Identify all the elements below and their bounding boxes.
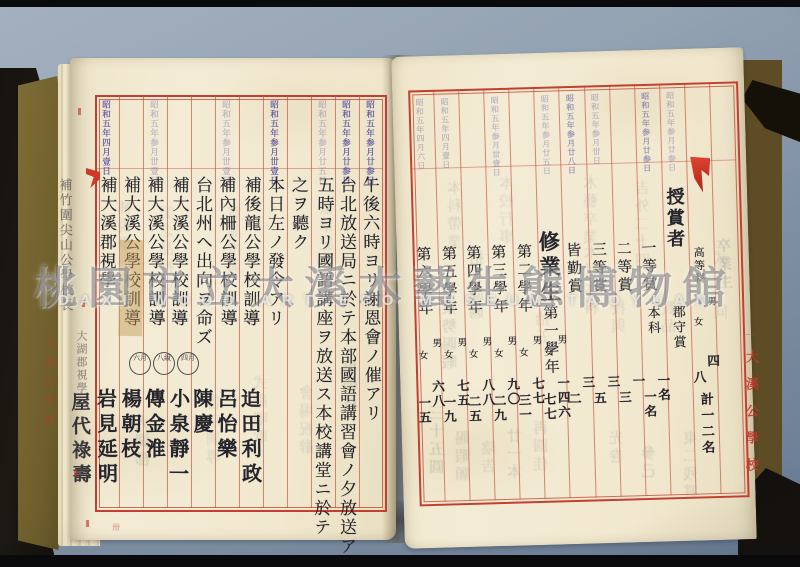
female-label: 女	[692, 316, 702, 326]
ghost-showthrough-text: 賜暇願	[456, 430, 471, 484]
ghost-showthrough-text: 三十五圓	[430, 405, 445, 477]
ghost-showthrough-text: 再圓佳	[534, 420, 549, 474]
date-stamp: 昭和五年参月廿八日	[565, 94, 575, 175]
ghost-showthrough-text: 大湖郡	[136, 415, 151, 469]
ghost-showthrough-text: 木村本科	[585, 245, 600, 317]
ghost-showthrough-text: 吉外二十四	[636, 180, 651, 270]
ghost-showthrough-text: 告示訓導	[207, 395, 222, 467]
ghost-showthrough-text: 東二残賞	[684, 430, 699, 502]
top-letterbox-bar	[0, 0, 800, 7]
ghost-showthrough-text: 木藝卒業	[584, 175, 599, 247]
female-label: 女	[417, 350, 427, 360]
date-stamp: 昭和五年参月廿参日	[640, 92, 650, 173]
date-stamp: 昭和五年参月丗日	[590, 93, 600, 165]
ghost-showthrough-text: 式場一同	[714, 250, 729, 322]
male-count: 八八	[481, 378, 494, 407]
ghost-showthrough-text: 記念品授與	[160, 205, 175, 295]
female-label: 女	[467, 349, 477, 359]
female-label: 女	[517, 347, 527, 357]
date-stamp: 昭和五年四月六日	[415, 98, 425, 170]
left-edge-school-label: 大溪公學校	[42, 338, 52, 433]
sub-label: 高等科	[693, 246, 705, 285]
male-label: 男	[506, 336, 516, 346]
ghost-showthrough-text: 光巻	[610, 430, 625, 466]
ghost-showthrough-text: 授與	[612, 300, 627, 336]
right-edge-school-label: 大溪公學校	[744, 350, 757, 485]
photo-of-open-journal: 昭和五年参月廿参日午後六時ヨリ謝恩會ノ催アリ昭和五年参月廿参日台北放送局ニ於テ本…	[0, 0, 800, 567]
male-count: 一名	[656, 373, 669, 402]
ghost-showthrough-text: 楊朝枝	[344, 360, 359, 414]
summary-total: 計一二名	[699, 392, 714, 456]
ghost-showthrough-text: 本校行事	[500, 175, 515, 247]
female-count: 五	[593, 391, 606, 406]
male-count: 一四六	[556, 376, 570, 420]
male-count: 七五	[456, 379, 469, 408]
ghost-showthrough-text: 本科帶業	[448, 180, 463, 252]
date-stamp: 昭和五年参月廿五日	[540, 95, 550, 176]
right-edge-tick: 一	[742, 330, 752, 340]
female-label: 女	[492, 348, 502, 358]
ghost-showthrough-text: 補視學	[118, 200, 133, 254]
male-count: 三	[606, 375, 619, 390]
male-count: 三	[581, 375, 594, 390]
ghost-showthrough-text: 徽章記念	[320, 200, 335, 272]
male-count: 七七	[531, 377, 544, 406]
male-label: 男	[556, 334, 566, 344]
ghost-showthrough-text: 參己	[642, 445, 657, 481]
sub-label: 本科	[645, 306, 659, 336]
female-count: 三	[618, 390, 631, 405]
date-stamp: 昭和五年参月廿参日	[666, 91, 676, 172]
category-label: 二等賞	[616, 240, 633, 294]
right-page-content: 卒業生高等科男女四八昭和五年参月廿参日授賞者郡守賞昭和五年参月廿参日一等賞本科一…	[391, 47, 757, 549]
ghost-showthrough-text: 一同拾五	[536, 275, 551, 347]
ghost-showthrough-text: 拾五圓賜	[470, 250, 485, 322]
female-label: 女	[542, 347, 552, 357]
female-count: 八	[692, 370, 705, 385]
ghost-showthrough-text: 賞品授與	[228, 205, 243, 277]
female-count: 一名	[643, 390, 656, 419]
male-count: 四	[706, 354, 719, 369]
ghost-showthrough-text: 東勢賜暇	[443, 300, 458, 372]
category-label: 第三學年	[490, 244, 508, 317]
ghost-showthrough-text: 廿一本	[508, 428, 523, 482]
ghost-showthrough-text: 賞品	[662, 300, 677, 336]
category-label: 第六學年	[415, 246, 433, 319]
category-label: 第二學年	[516, 243, 532, 315]
category-label: 授賞者	[665, 187, 684, 250]
ghost-showthrough-text: 陰告	[482, 440, 497, 476]
ghost-showthrough-text: 式辭唱歌	[254, 375, 269, 447]
ghost-showthrough-text: 會場祝辭	[300, 385, 315, 457]
male-count: 一	[631, 374, 644, 389]
male-label: 男	[431, 338, 441, 348]
category-label: 皆勤賞	[565, 242, 582, 297]
bottom-letterbox-bar	[0, 555, 800, 567]
male-count: 九〇	[506, 378, 519, 407]
date-stamp: 昭和五年四月壹日	[440, 97, 450, 169]
right-page: 卒業生高等科男女四八昭和五年参月廿参日授賞者郡守賞昭和五年参月廿参日一等賞本科一…	[391, 47, 757, 549]
male-label: 男	[481, 336, 491, 346]
date-stamp: 昭和五年参月丗壹日	[490, 96, 500, 177]
